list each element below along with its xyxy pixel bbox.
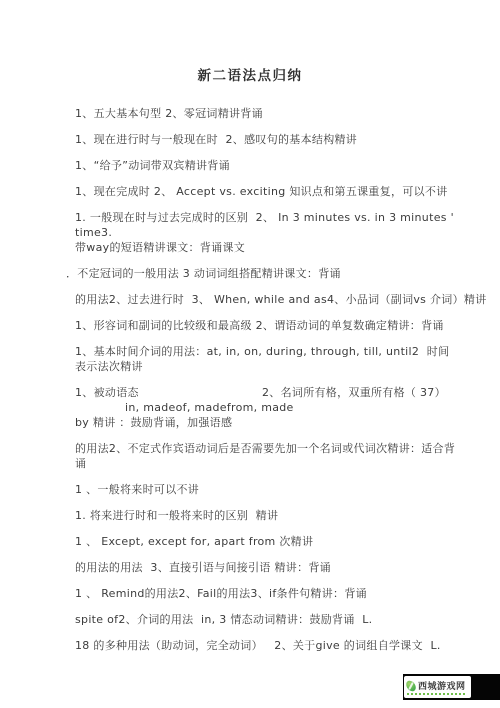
- doc-line: 18 的多种用法（助动词，完全动词） 2、关于give 的词组自学课文 L.: [75, 638, 445, 653]
- paragraph: 1、“给予”动词带双宾精讲背诵: [75, 158, 445, 173]
- doc-line: 1 、一般将来时可以不讲: [75, 482, 445, 497]
- paragraph: 1 、 Except, except for, apart from 次精讲: [75, 534, 445, 549]
- document-page: 新二语法点归纳 1、五大基本句型 2、零冠词精讲背诵1、现在进行时与一般现在时 …: [0, 0, 500, 708]
- document-body: 1、五大基本句型 2、零冠词精讲背诵1、现在进行时与一般现在时 2、感叹句的基本…: [75, 106, 445, 653]
- doc-line-right: 2、名词所有格，双重所有格（ 37）: [262, 386, 446, 399]
- doc-line: 的用法的用法 3、直接引语与间接引语 精讲：背诵: [75, 560, 445, 575]
- doc-line: 的用法2、过去进行时 3、 When, while and as4、小品词（副词…: [75, 292, 445, 307]
- doc-line: 1、“给予”动词带双宾精讲背诵: [75, 158, 445, 173]
- paragraph: 1、五大基本句型 2、零冠词精讲背诵: [75, 106, 445, 121]
- leaf-logo-icon: [405, 680, 416, 691]
- paragraph: 1、被动语态2、名词所有格，双重所有格（ 37）in, madeof, made…: [75, 385, 445, 430]
- paragraph: ．不定冠词的一般用法 3 动词词组搭配精讲课文：背诵: [75, 266, 445, 281]
- paragraph: 1 、一般将来时可以不讲: [75, 482, 445, 497]
- paragraph: 1、现在完成时 2、 Accept vs. exciting 知识点和第五课重复…: [75, 184, 445, 199]
- paragraph: 1、基本时间介词的用法：at, in, on, during, through,…: [75, 344, 445, 374]
- paragraph: 1. 将来进行时和一般将来时的区别 精讲: [75, 508, 445, 523]
- paragraph: 1、形容词和副词的比较级和最高级 2、谓语动词的单复数确定精讲：背诵: [75, 318, 445, 333]
- logo-subtext-dots: [407, 693, 465, 695]
- doc-line: 1、基本时间介词的用法：at, in, on, during, through,…: [75, 344, 445, 359]
- paragraph: 的用法2、过去进行时 3、 When, while and as4、小品词（副词…: [75, 292, 445, 307]
- doc-line: 1、现在完成时 2、 Accept vs. exciting 知识点和第五课重复…: [75, 184, 445, 199]
- doc-line: spite of2、介词的用法 in, 3 情态动词精讲：鼓励背诵 L.: [75, 612, 445, 627]
- doc-line: 1、形容词和副词的比较级和最高级 2、谓语动词的单复数确定精讲：背诵: [75, 318, 445, 333]
- doc-line: 带way的短语精讲课文：背诵课文: [75, 240, 445, 255]
- doc-line: 的用法2、不定式作宾语动词后是否需要先加一个名词或代词次精讲：适合背: [75, 441, 445, 456]
- site-logo-label: 西城游戏网: [418, 679, 466, 692]
- doc-line: 1 、 Except, except for, apart from 次精讲: [75, 534, 445, 549]
- doc-line: 1、被动语态2、名词所有格，双重所有格（ 37）: [75, 385, 445, 400]
- doc-line-left: 1、被动语态: [75, 385, 262, 400]
- doc-line: 1、五大基本句型 2、零冠词精讲背诵: [75, 106, 445, 121]
- doc-line: 1. 一般现在时与过去完成时的区别 2、 In 3 minutes vs. in…: [75, 210, 445, 225]
- page-title: 新二语法点归纳: [0, 0, 500, 84]
- paragraph: 的用法2、不定式作宾语动词后是否需要先加一个名词或代词次精讲：适合背诵: [75, 441, 445, 471]
- doc-line: in, madeof, madefrom, made: [75, 400, 445, 415]
- doc-line: 诵: [75, 456, 445, 471]
- paragraph: 1、现在进行时与一般现在时 2、感叹句的基本结构精讲: [75, 132, 445, 147]
- site-logo[interactable]: 西城游戏网: [404, 676, 471, 698]
- doc-line: by 精讲 ：鼓励背诵，加强语感: [75, 415, 445, 430]
- watermark-band: 西城游戏网: [403, 674, 500, 700]
- paragraph: 的用法的用法 3、直接引语与间接引语 精讲：背诵: [75, 560, 445, 575]
- doc-line: ．不定冠词的一般用法 3 动词词组搭配精讲课文：背诵: [66, 266, 445, 281]
- doc-line: 1 、 Remind的用法2、Fail的用法3、if条件句精讲：背诵: [75, 586, 445, 601]
- paragraph: 1. 一般现在时与过去完成时的区别 2、 In 3 minutes vs. in…: [75, 210, 445, 255]
- doc-line: 1. 将来进行时和一般将来时的区别 精讲: [75, 508, 445, 523]
- paragraph: spite of2、介词的用法 in, 3 情态动词精讲：鼓励背诵 L.: [75, 612, 445, 627]
- doc-line: 1、现在进行时与一般现在时 2、感叹句的基本结构精讲: [75, 132, 445, 147]
- paragraph: 1 、 Remind的用法2、Fail的用法3、if条件句精讲：背诵: [75, 586, 445, 601]
- doc-line: 表示法次精讲: [75, 359, 445, 374]
- doc-line: time3.: [75, 225, 445, 240]
- paragraph: 18 的多种用法（助动词，完全动词） 2、关于give 的词组自学课文 L.: [75, 638, 445, 653]
